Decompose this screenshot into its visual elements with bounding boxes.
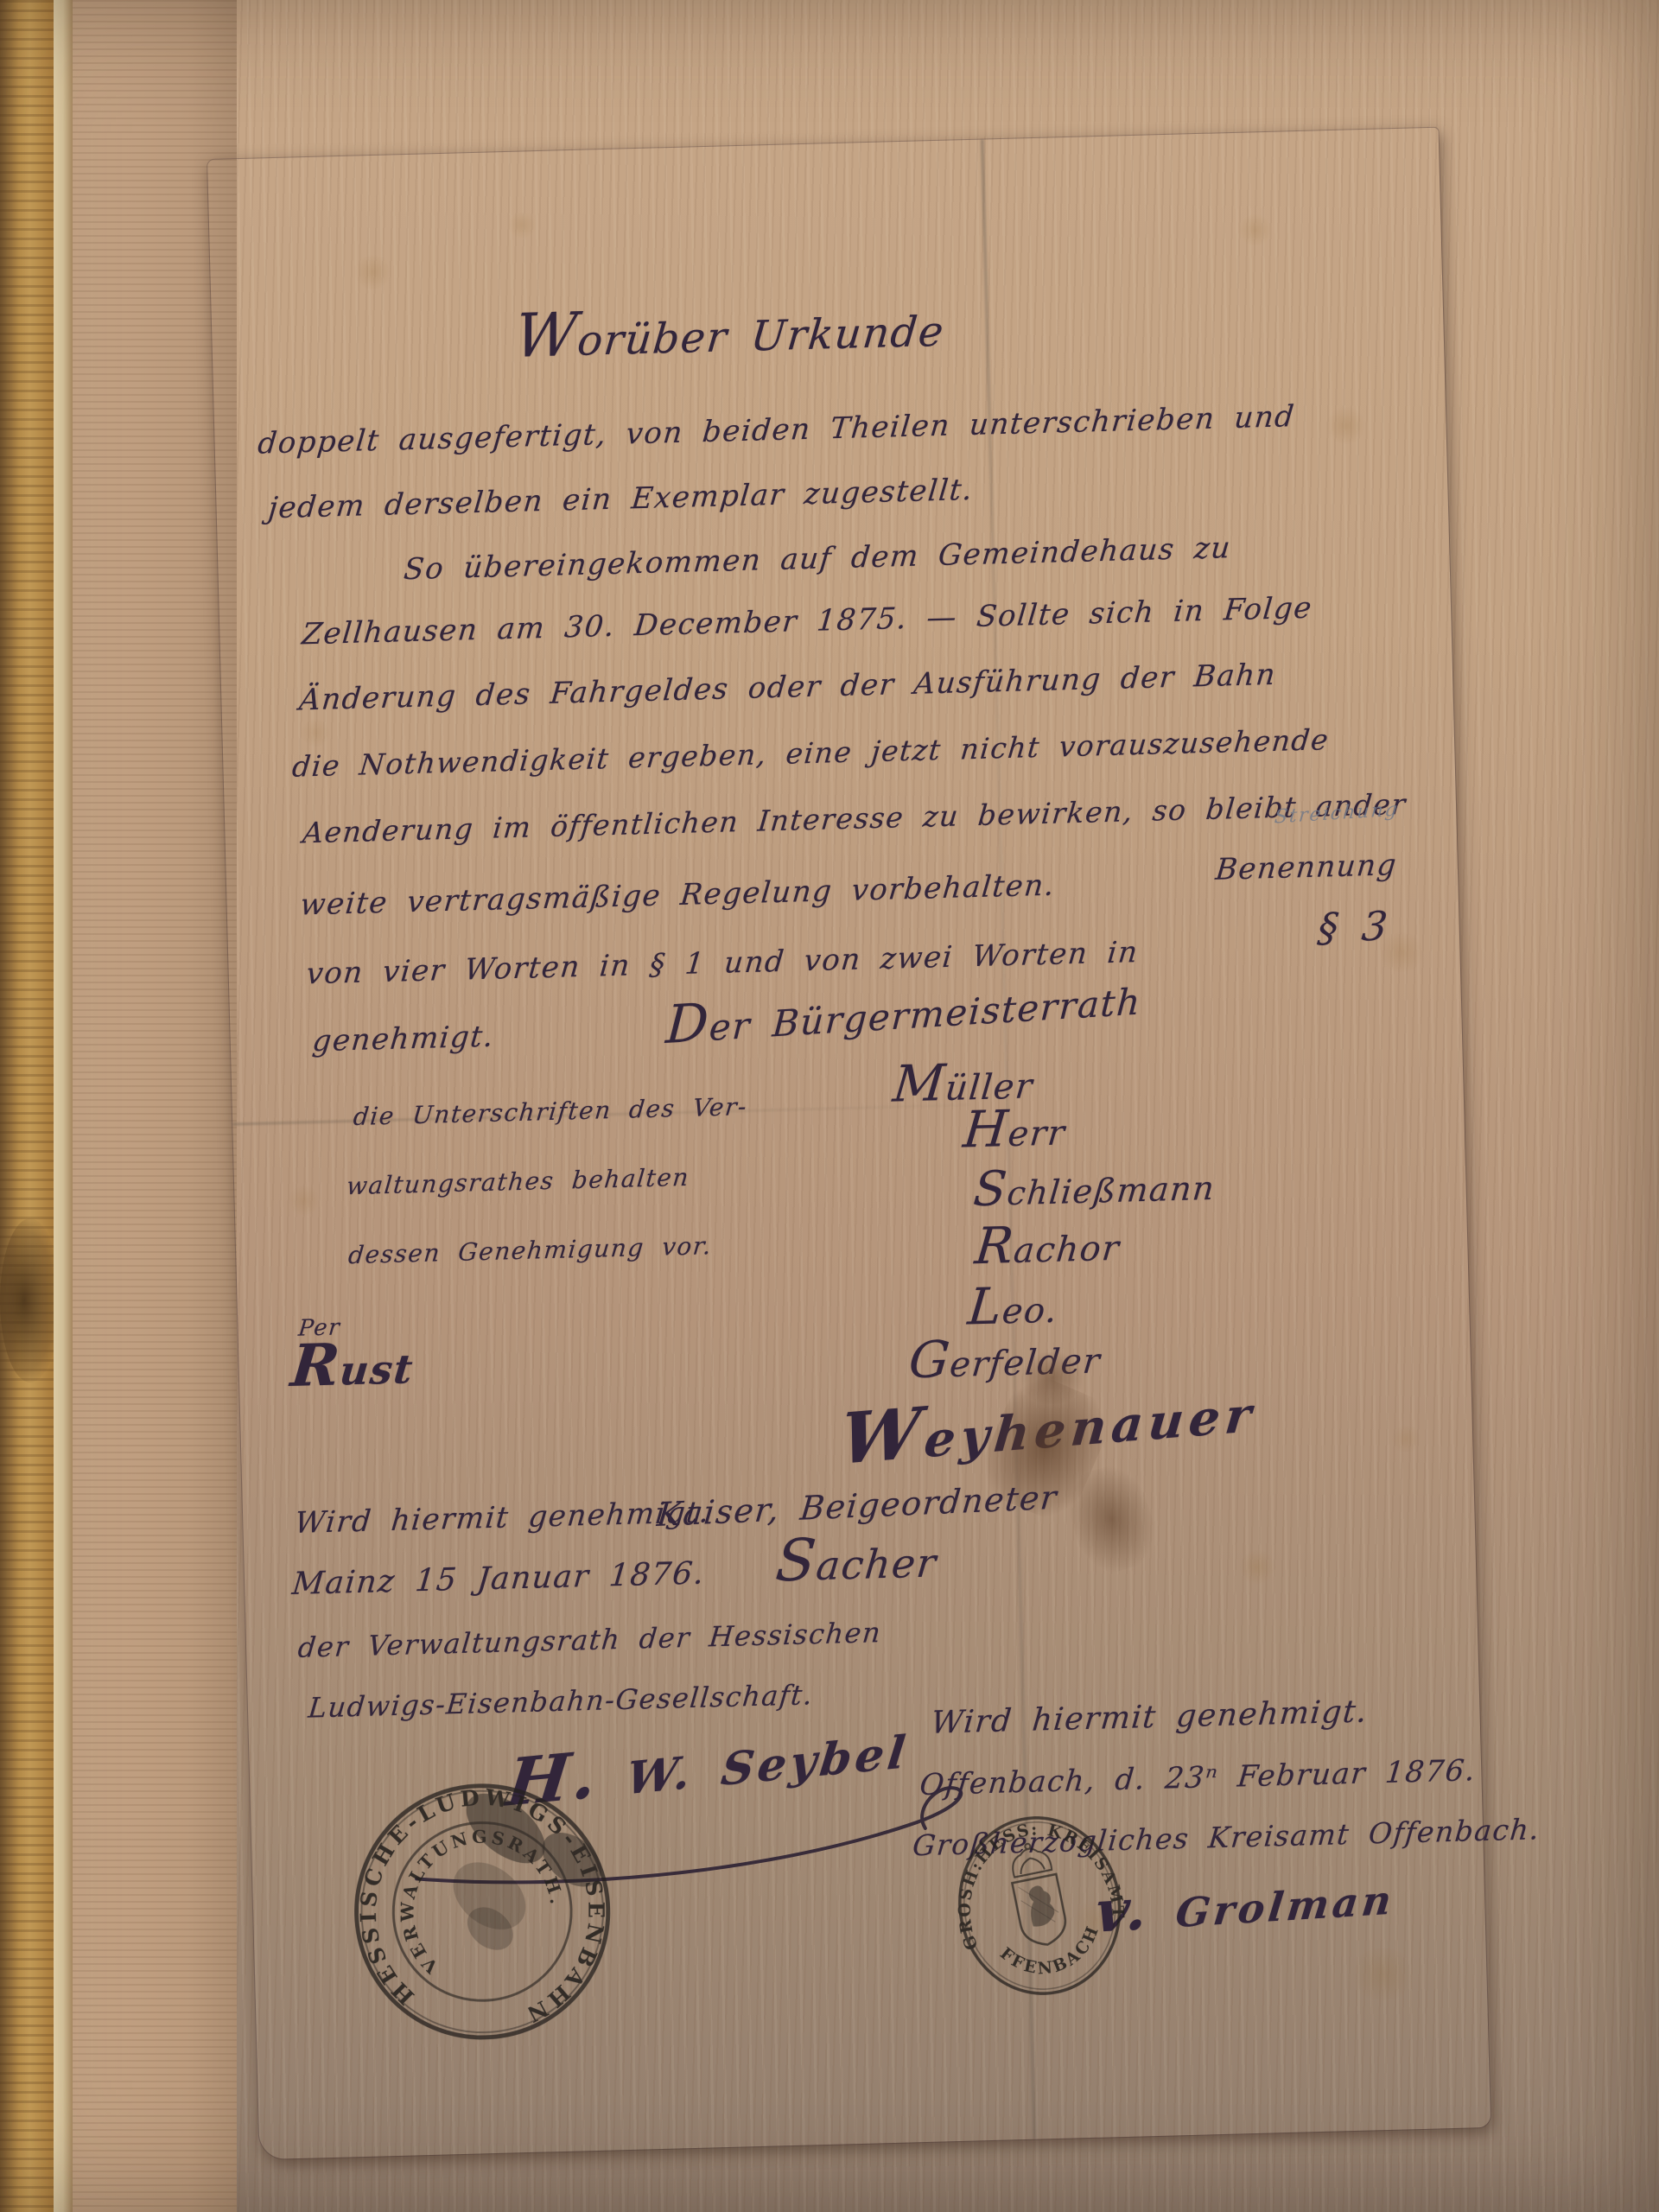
signature-grolman: v. Grolman [1092,1874,1397,1942]
crossed-word: Benennung [1214,848,1399,887]
foxing-spot [1237,214,1273,246]
signature-large: Weyhenauer [837,1383,1259,1476]
approval-offenbach-line: Offenbach, d. 23ⁿ Februar 1876. [918,1753,1478,1802]
wood-plank-left [0,0,54,2212]
wood-knot [0,1218,60,1382]
photograph-of-document: Worüber Urkunde doppelt ausgefertigt, vo… [0,0,1659,2212]
manuscript-line: Aenderung im öffentlichen Interesse zu b… [302,787,1408,850]
approval-mainz-line: Mainz 15 Januar 1876. [290,1555,706,1602]
manuscript-line: So übereingekommen auf dem Gemeindehaus … [403,531,1233,587]
foxing-spot [1238,1549,1277,1585]
signature-council: Rachor [973,1225,1122,1273]
signature-deputy: Sacher [773,1536,939,1590]
crown-icon [1008,1840,1052,1878]
manuscript-line: Änderung des Fahrgeldes oder der Ausführ… [297,658,1277,718]
document-title: Worüber Urkunde [512,305,947,367]
kreisamt-stamp: GROSH:HESS: KREISAMT OFFENBACH. [950,1808,1128,2003]
manuscript-line: von vier Worten in § 1 und von zwei Wort… [305,935,1141,991]
foxing-spot [300,718,332,747]
signature-rust: Rust [289,1343,416,1395]
manuscript-word-genehmigt: genehmigt. [311,1020,496,1059]
document-paper: Worüber Urkunde doppelt ausgefertigt, vo… [207,128,1491,2160]
signature-council: Schließmann [971,1166,1217,1213]
manuscript-line: weite vertragsmäßige Regelung vorbehalte… [299,868,1057,923]
lion-shield-icon [1012,1874,1070,1949]
manuscript-line: jedem derselben ein Exemplar zugestellt. [267,473,976,525]
foxing-spot [1325,406,1367,445]
margin-note-line: dessen Genehmigung vor. [347,1231,714,1269]
foxing-spot [286,1185,321,1216]
signature-council: Leo. [966,1287,1060,1333]
wood-plank-seam [54,0,73,2212]
signature-council: Gerfelder [906,1338,1103,1386]
kreisamt-stamp-group: GROSH:HESS: KREISAMT OFFENBACH. [950,1808,1128,2003]
approval-mainz-line: der Verwaltungsrath der Hessischen [296,1616,883,1664]
foxing-spot [507,212,537,238]
signature-council: Müller [891,1063,1035,1109]
foxing-spot [1390,1425,1422,1453]
railway-stamp: HESSISCHE-LUDWIGS-EISENBAHN VERWALTUNGSR… [336,1765,629,2058]
approval-mainz-line: Wird hiermit genehmigt. [293,1495,711,1541]
buergermeisterrath-heading: Der Bürgermeisterrath [664,978,1142,1052]
manuscript-line: die Nothwendigkeit ergeben, eine jetzt n… [291,722,1332,784]
margin-note-line: die Unterschriften des Ver- [352,1092,748,1131]
deputy-title-line: Kaiser, Beigeordneter [656,1478,1059,1534]
margin-note-line: waltungsrathes behalten [346,1163,691,1200]
stain-smudge [1348,1948,1419,2001]
manuscript-line: doppelt ausgefertigt, von beiden Theilen… [257,399,1297,461]
railway-stamp-group: HESSISCHE-LUDWIGS-EISENBAHN VERWALTUNGSR… [336,1765,629,2058]
manuscript-line: Zellhausen am 30. December 1875. — Sollt… [300,591,1313,652]
approval-offenbach-line: Wird hiermit genehmigt. [930,1694,1370,1740]
foxing-spot [353,254,393,289]
approval-mainz-line: Ludwigs-Eisenbahn-Gesellschaft. [307,1678,815,1724]
signature-council: Herr [961,1109,1067,1155]
paragraph-3-mark: § 3 [1316,902,1391,950]
ink-blot [1059,1459,1163,1580]
